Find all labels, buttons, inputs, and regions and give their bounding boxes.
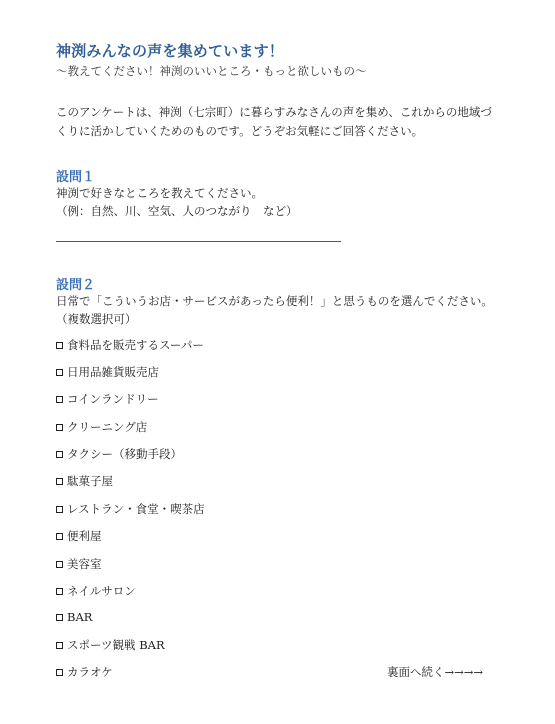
option-nail-salon[interactable]: ネイルサロン [56, 583, 136, 599]
option-label: クリーニング店 [67, 419, 147, 435]
option-label: BAR [67, 610, 92, 624]
checkbox-icon[interactable] [56, 342, 63, 349]
option-label: レストラン・食堂・喫茶店 [67, 501, 205, 517]
checkbox-icon[interactable] [56, 396, 63, 403]
question1-heading: 設問１ [56, 166, 95, 185]
option-general-goods-store[interactable]: 日用品雑貨販売店 [56, 364, 159, 380]
option-bar[interactable]: BAR [56, 610, 92, 624]
option-restaurant[interactable]: レストラン・食堂・喫茶店 [56, 501, 205, 517]
option-label: スポーツ観戦 BAR [67, 637, 165, 653]
checkbox-icon[interactable] [56, 614, 63, 621]
checkbox-icon[interactable] [56, 561, 63, 568]
checkbox-icon[interactable] [56, 424, 63, 431]
option-candy-shop[interactable]: 駄菓子屋 [56, 473, 113, 489]
intro-paragraph: このアンケートは、神渕（七宗町）に暮らすみなさんの声を集め、これからの地域づくり… [56, 103, 496, 141]
option-coin-laundry[interactable]: コインランドリー [56, 391, 159, 407]
option-supermarket[interactable]: 食料品を販売するスーパー [56, 337, 204, 353]
question2-note: （複数選択可） [56, 310, 137, 328]
checkbox-icon[interactable] [56, 642, 63, 649]
option-sports-bar[interactable]: スポーツ観戦 BAR [56, 637, 165, 653]
continue-on-back-note: 裏面へ続く→→→→ [387, 664, 483, 680]
option-taxi[interactable]: タクシー（移動手段） [56, 446, 182, 462]
option-label: 日用品雑貨販売店 [67, 364, 159, 380]
checkbox-icon[interactable] [56, 369, 63, 376]
option-dry-cleaning[interactable]: クリーニング店 [56, 419, 147, 435]
page-title: 神渕みんなの声を集めています！ [56, 40, 284, 61]
option-karaoke[interactable]: カラオケ [56, 664, 113, 680]
option-label: 駄菓子屋 [67, 473, 113, 489]
option-label: ネイルサロン [67, 583, 136, 599]
option-label: 美容室 [67, 556, 102, 572]
checkbox-icon[interactable] [56, 506, 63, 513]
option-label: 食料品を販売するスーパー [67, 337, 204, 353]
option-beauty-salon[interactable]: 美容室 [56, 556, 102, 572]
question2-heading: 設問２ [56, 274, 95, 293]
page-subtitle: 〜教えてください！神渕のいいところ・もっと欲しいもの〜 [56, 63, 367, 79]
checkbox-icon[interactable] [56, 588, 63, 595]
option-label: 便利屋 [67, 528, 102, 544]
question2-text: 日常で「こういうお店・サービスがあったら便利！」と思うものを選んでください。 [56, 292, 493, 310]
checkbox-icon[interactable] [56, 669, 63, 676]
checkbox-icon[interactable] [56, 533, 63, 540]
option-handyman[interactable]: 便利屋 [56, 528, 102, 544]
option-label: タクシー（移動手段） [67, 446, 182, 462]
question1-example: （例：自然、川、空気、人のつながり など） [56, 202, 298, 220]
question1-answer-line[interactable] [56, 241, 341, 242]
option-label: カラオケ [67, 664, 113, 680]
checkbox-icon[interactable] [56, 478, 63, 485]
question1-text: 神渕で好きなところを教えてください。 [56, 184, 263, 202]
option-label: コインランドリー [67, 391, 159, 407]
checkbox-icon[interactable] [56, 451, 63, 458]
